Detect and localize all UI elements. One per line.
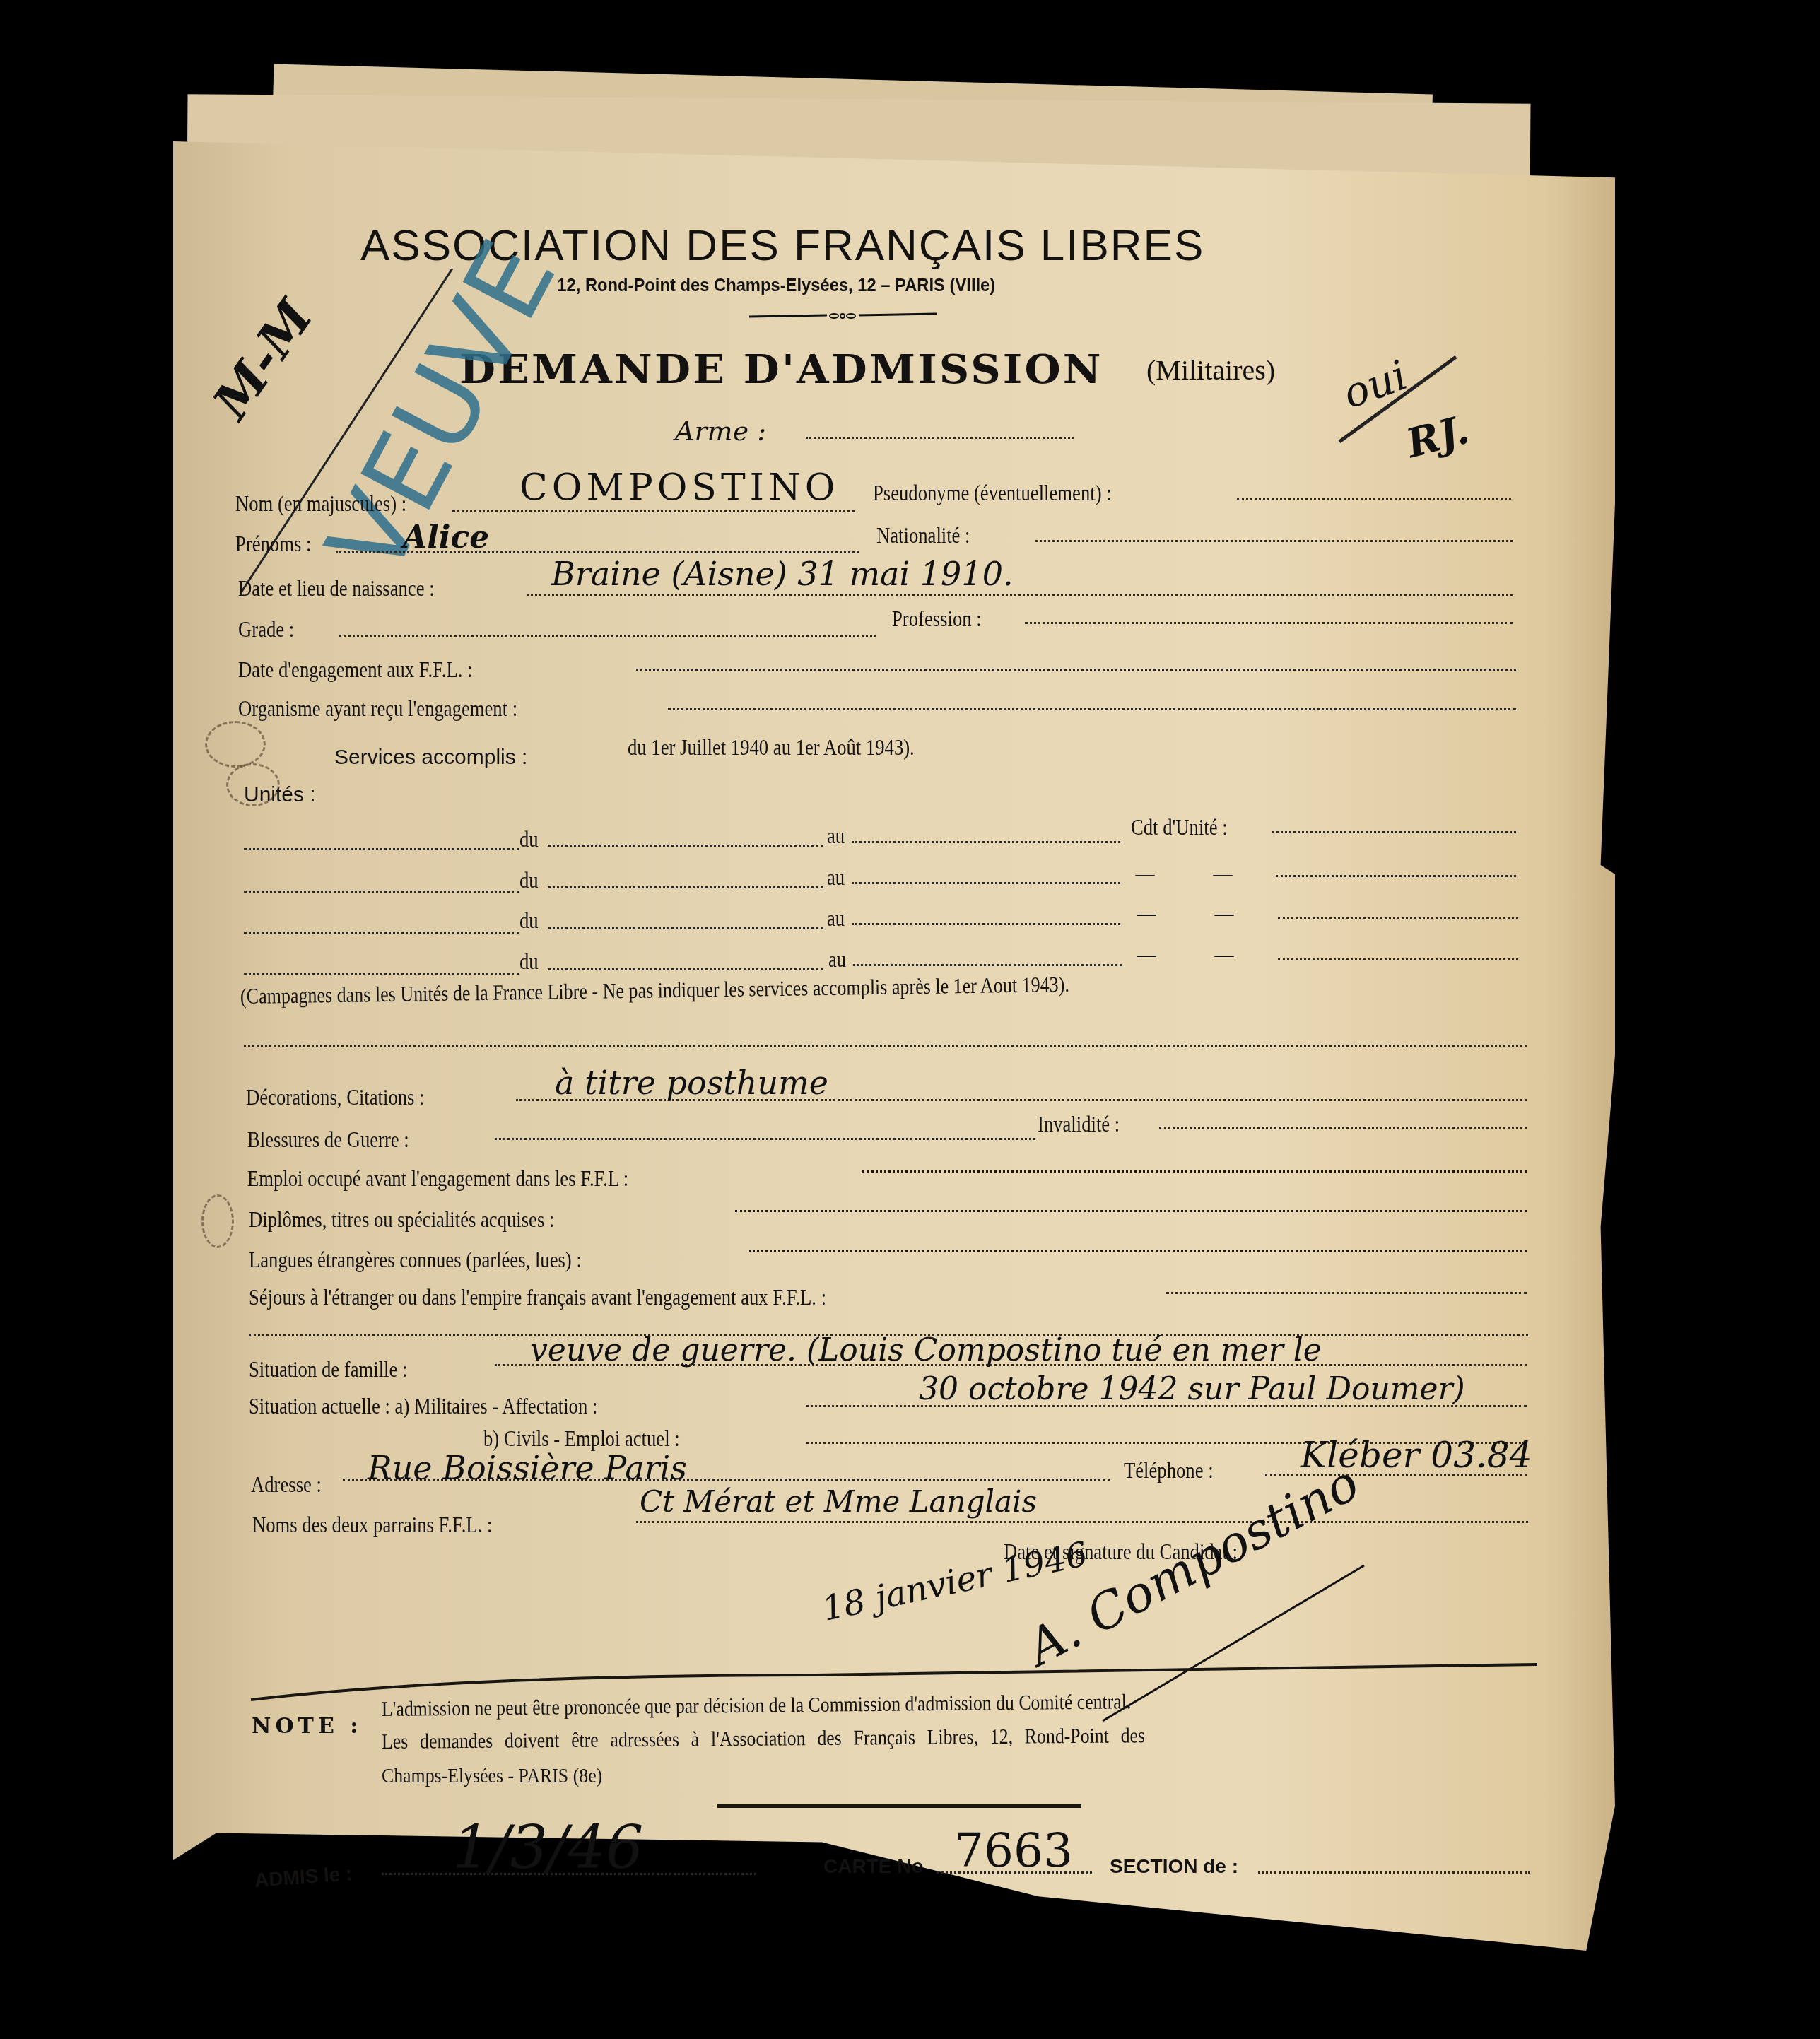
au-label: au [827, 906, 845, 932]
telephone-label: Téléphone : [1124, 1458, 1214, 1483]
cdt-input[interactable] [1276, 875, 1516, 877]
footer-divider [717, 1804, 1081, 1808]
organization-address: 12, Rond-Point des Champs-Elysées, 12 – … [557, 276, 995, 296]
emploi-input[interactable] [862, 1170, 1527, 1173]
unit-name-input[interactable] [244, 891, 519, 893]
carte-label: CARTE No [823, 1855, 924, 1878]
organisme-input[interactable] [668, 708, 1516, 710]
grade-input[interactable] [339, 635, 876, 637]
du-input[interactable] [548, 968, 823, 970]
au-input[interactable] [852, 923, 1120, 925]
sejours-label: Séjours à l'étranger ou dans l'empire fr… [249, 1285, 826, 1310]
cdt-input[interactable] [1272, 831, 1516, 833]
pseudonyme-input[interactable] [1237, 498, 1511, 500]
decorations-label: Décorations, Citations : [246, 1085, 424, 1110]
adresse-label: Adresse : [251, 1472, 322, 1498]
au-label: au [827, 865, 845, 891]
unit-name-input[interactable] [244, 973, 519, 975]
engagement-label: Date d'engagement aux F.F.L. : [238, 657, 472, 683]
au-input[interactable] [852, 841, 1120, 843]
stain-mark [205, 721, 266, 768]
blessures-input[interactable] [495, 1138, 1035, 1140]
parrains-input[interactable] [636, 1521, 1528, 1523]
form-subtitle: (Militaires) [1146, 353, 1275, 387]
decorations-value: à titre posthume [555, 1064, 828, 1102]
ditto-mark: — [1134, 862, 1156, 887]
famille-value-line2: 30 octobre 1942 sur Paul Doumer) [919, 1371, 1465, 1407]
pseudonyme-label: Pseudonyme (éventuellement) : [873, 481, 1112, 506]
services-period: du 1er Juillet 1940 au 1er Août 1943). [628, 735, 915, 760]
form-title: DEMANDE D'ADMISSION [459, 346, 1103, 393]
langues-input[interactable] [749, 1250, 1527, 1252]
diplomes-input[interactable] [735, 1210, 1527, 1212]
famille-value-line1: veuve de guerre. (Louis Compostino tué e… [530, 1332, 1322, 1368]
au-input[interactable] [852, 882, 1120, 884]
langues-label: Langues étrangères connues (parlées, lue… [249, 1247, 582, 1273]
invalidite-input[interactable] [1159, 1127, 1527, 1129]
diplomes-label: Diplômes, titres ou spécialités acquises… [249, 1207, 554, 1233]
du-label: du [519, 827, 539, 852]
ditto-mark: — [1136, 902, 1157, 927]
organisme-label: Organisme ayant reçu l'engagement : [238, 696, 517, 722]
section-input[interactable] [1258, 1871, 1530, 1874]
invalidite-label: Invalidité : [1038, 1112, 1120, 1137]
prenoms-value: Alice [403, 519, 489, 556]
services-label: Services accomplis : [334, 746, 527, 770]
sejours-input[interactable] [1166, 1292, 1527, 1294]
grade-label: Grade : [238, 617, 294, 642]
unit-name-input[interactable] [244, 848, 519, 850]
arme-label: Arme : [675, 416, 766, 447]
emploi-label: Emploi occupé avant l'engagement dans le… [247, 1166, 628, 1192]
admis-value: 1/3/46 [452, 1813, 643, 1882]
parrains-label: Noms des deux parrains F.F.L. : [252, 1512, 492, 1538]
note-title: NOTE : [252, 1714, 362, 1739]
ornament-divider-icon [749, 312, 937, 319]
blessures-label: Blessures de Guerre : [247, 1127, 409, 1153]
stain-mark [201, 1194, 234, 1248]
section-label: SECTION de : [1110, 1855, 1238, 1878]
au-label: au [827, 823, 845, 849]
ditto-mark: — [1214, 902, 1235, 927]
nationalite-input[interactable] [1035, 540, 1513, 542]
civils-label: b) Civils - Emploi actuel : [483, 1426, 680, 1452]
campagnes-input[interactable] [244, 1045, 1527, 1047]
note-line-3: Champs-Elysées - PARIS (8e) [382, 1764, 602, 1788]
engagement-input[interactable] [636, 669, 1516, 671]
profession-input[interactable] [1025, 622, 1513, 624]
unites-label: Unités : [244, 783, 316, 807]
actuelle-label: Situation actuelle : a) Militaires - Aff… [249, 1394, 597, 1419]
cdt-input[interactable] [1278, 958, 1518, 960]
ditto-mark: — [1136, 943, 1157, 968]
ditto-mark: — [1214, 943, 1235, 968]
arme-input[interactable] [806, 437, 1074, 439]
nom-label: Nom (en majuscules) : [235, 491, 406, 517]
unit-name-input[interactable] [244, 932, 519, 934]
naissance-input[interactable] [527, 594, 1513, 596]
parrains-value: Ct Mérat et Mme Langlais [640, 1484, 1037, 1519]
au-input[interactable] [853, 964, 1122, 966]
famille-label: Situation de famille : [249, 1357, 407, 1382]
ditto-mark: — [1212, 862, 1233, 887]
du-input[interactable] [548, 886, 823, 888]
carte-value: 7663 [954, 1823, 1073, 1878]
prenoms-label: Prénoms : [235, 531, 311, 557]
naissance-value: Braine (Aisne) 31 mai 1910. [551, 555, 1014, 593]
du-label: du [519, 949, 539, 975]
du-input[interactable] [548, 845, 823, 847]
du-label: du [519, 908, 539, 934]
nom-input[interactable] [452, 510, 855, 512]
admis-label: ADMIS le : [254, 1862, 353, 1892]
profession-label: Profession : [892, 606, 982, 632]
cdt-input[interactable] [1278, 917, 1518, 919]
naissance-label: Date et lieu de naissance : [238, 576, 435, 601]
cdt-unite-label: Cdt d'Unité : [1131, 815, 1228, 840]
au-label: au [828, 947, 846, 973]
adresse-value: Rue Boissière Paris [368, 1449, 687, 1487]
nationalite-label: Nationalité : [876, 523, 970, 548]
du-label: du [519, 868, 539, 893]
du-input[interactable] [548, 927, 823, 929]
nom-value: COMPOSTINO [519, 466, 839, 509]
